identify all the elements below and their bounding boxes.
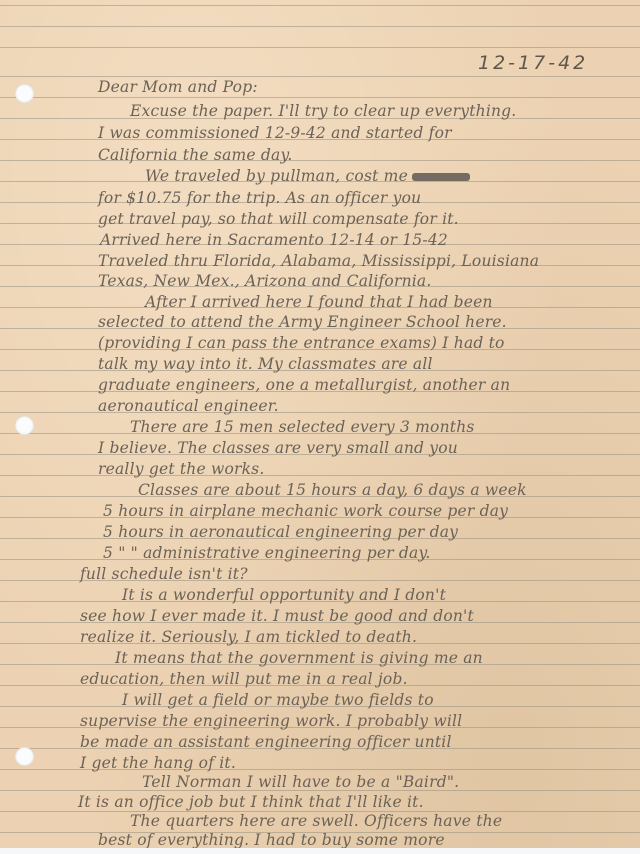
letter-line: 5 hours in airplane mechanic work course… [103, 502, 508, 520]
letter-line: I get the hang of it. [80, 754, 236, 772]
letter-line: Traveled thru Florida, Alabama, Mississi… [98, 252, 539, 270]
scan-bottom-edge [0, 848, 640, 854]
letter-line: After I arrived here I found that I had … [145, 293, 493, 311]
letter-line: full schedule isn't it? [80, 565, 248, 583]
letter-line: Excuse the paper. I'll try to clear up e… [130, 102, 516, 120]
letter-line: 5 " " administrative engineering per day… [103, 544, 431, 562]
letter-line: aeronautical engineer. [98, 397, 279, 415]
letter-line: Arrived here in Sacramento 12-14 or 15-4… [100, 231, 448, 249]
letter-date: 12-17-42 [478, 52, 588, 74]
punch-hole-top [15, 84, 34, 103]
letter-line: realize it. Seriously, I am tickled to d… [80, 628, 417, 646]
crossed-out-amount [412, 173, 470, 181]
letter-line: 5 hours in aeronautical engineering per … [103, 523, 458, 541]
letter-line: get travel pay, so that will compensate … [98, 210, 459, 228]
letter-line: I believe. The classes are very small an… [98, 439, 458, 457]
letter-line: Classes are about 15 hours a day, 6 days… [138, 481, 527, 499]
letter-line: Tell Norman I will have to be a "Baird". [142, 773, 459, 791]
letter-line: I was commissioned 12-9-42 and started f… [98, 124, 452, 142]
letter-line: best of everything. I had to buy some mo… [98, 831, 445, 849]
letter-line: talk my way into it. My classmates are a… [98, 355, 433, 373]
punch-hole-middle [15, 416, 34, 435]
letter-line: selected to attend the Army Engineer Sch… [98, 313, 507, 331]
letter-line: for $10.75 for the trip. As an officer y… [98, 189, 421, 207]
letter-line: education, then will put me in a real jo… [80, 670, 408, 688]
letter-line: California the same day. [98, 146, 293, 164]
letter-line: Texas, New Mex., Arizona and California. [98, 272, 431, 290]
punch-hole-bottom [15, 747, 34, 766]
letter-line: be made an assistant engineering officer… [80, 733, 452, 751]
letter-line: It is a wonderful opportunity and I don'… [122, 586, 446, 604]
letter-line: The quarters here are swell. Officers ha… [130, 812, 502, 830]
letter-line: I will get a field or maybe two fields t… [122, 691, 434, 709]
letter-line: really get the works. [98, 460, 264, 478]
letter-line: graduate engineers, one a metallurgist, … [98, 376, 510, 394]
salutation: Dear Mom and Pop: [98, 78, 258, 96]
letter-line: (providing I can pass the entrance exams… [98, 334, 505, 352]
letter-line: see how I ever made it. I must be good a… [80, 607, 474, 625]
letter-line: It means that the government is giving m… [115, 649, 483, 667]
letter-line: There are 15 men selected every 3 months [130, 418, 475, 436]
letter-line: It is an office job but I think that I'l… [78, 793, 424, 811]
letter-line: We traveled by pullman, cost me [145, 167, 470, 185]
letter-line: supervise the engineering work. I probab… [80, 712, 462, 730]
